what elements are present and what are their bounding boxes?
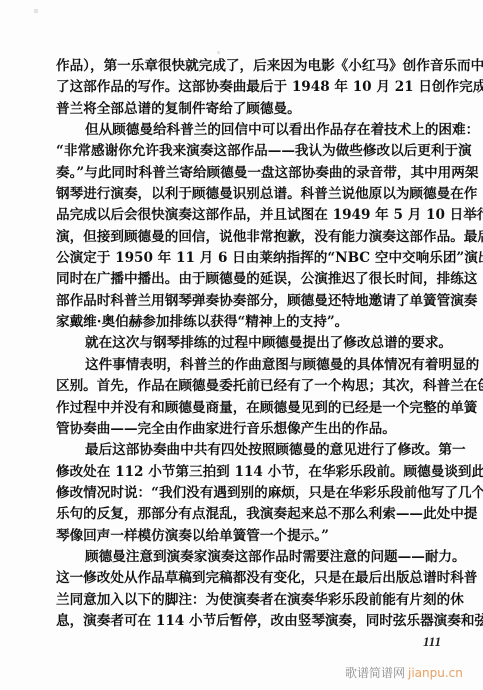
watermark: 歌谱简谱网jianpu.cn bbox=[345, 664, 463, 681]
text-line: 这一修改处从作品草稿到完稿都没有变化，只是在最后出版总谱时科普 bbox=[56, 568, 450, 589]
paragraph-start-line: 就在这次与钢琴排练的过程中顾德曼提出了修改总谱的要求。 bbox=[56, 333, 450, 354]
text-line: 演，但接到顾德曼的回信，说他非常抱歉，没有能力演奏这部作品。最后 bbox=[56, 227, 450, 248]
watermark-site-name: 歌谱简谱网 bbox=[345, 666, 405, 680]
text-line: 了这部作品的写作。这部协奏曲最后于 1948 年 10 月 21 日创作完成，科 bbox=[56, 77, 450, 98]
body-text: 作品），第一乐章很快就完成了，后来因为电影《小红马》创作音乐而中断 了这部作品的… bbox=[56, 56, 450, 632]
text-line: 公演定于 1950 年 11 月 6 日由莱纳指挥的“NBC 空中交响乐团”演出… bbox=[56, 248, 450, 269]
text-line: 部作品时科普兰用钢琴弹奏协奏部分，顾德曼还特地邀请了单簧管演奏 bbox=[56, 291, 450, 312]
text-line: 乐句的反复，那部分有点混乱，我演奏起来总不那么利索——此处中提 bbox=[56, 504, 450, 525]
text-line: 修改处在 112 小节第三拍到 114 小节，在华彩乐段前。顾德曼谈到此处 bbox=[56, 462, 450, 483]
scan-noise bbox=[217, 51, 220, 54]
paragraph-start-line: 最后这部协奏曲中共有四处按照顾德曼的意见进行了修改。第一 bbox=[56, 440, 450, 461]
text-line: 兰同意加入以下的脚注：为使演奏者在演奏华彩乐段前能有片刻的休 bbox=[56, 590, 450, 611]
text-line: 修改情况时说：“我们没有遇到别的麻烦，只是在华彩乐段前他写了几个 bbox=[56, 483, 450, 504]
text-line: “非常感谢你允许我来演奏这部作品——我认为做些修改以后更利于演 bbox=[56, 141, 450, 162]
text-line: 区别。首先，作品在顾德曼委托前已经有了一个构思；其次，科普兰在创 bbox=[56, 376, 450, 397]
paragraph-start-line: 顾德曼注意到演奏家演奏这部作品时需要注意的问题——耐力。 bbox=[56, 547, 450, 568]
text-line: 奏。”与此同时科普兰寄给顾德曼一盘这部协奏曲的录音带，其中用两架 bbox=[56, 163, 450, 184]
text-line: 作品），第一乐章很快就完成了，后来因为电影《小红马》创作音乐而中断 bbox=[56, 56, 450, 77]
text-line: 同时在广播中播出。由于顾德曼的延误，公演推迟了很长时间，排练这 bbox=[56, 269, 450, 290]
text-line: 家戴维·奥伯赫参加排练以获得“精神上的支持”。 bbox=[56, 312, 450, 333]
paragraph-start-line: 这件事情表明，科普兰的作曲意图与顾德曼的具体情况有着明显的 bbox=[56, 355, 450, 376]
paragraph-start-line: 但从顾德曼给科普兰的回信中可以看出作品存在着技术上的困难： bbox=[56, 120, 450, 141]
text-line: 作过程中并没有和顾德曼商量，在顾德曼见到的已经是一个完整的单簧 bbox=[56, 398, 450, 419]
text-line: 琴像回声一样模仿演奏以给单簧管一个提示。” bbox=[56, 526, 450, 547]
text-line: 息，演奏者可在 114 小节后暂停，改由竖琴演奏，同时弦乐器演奏和弦，也 bbox=[56, 611, 450, 632]
page-number: 111 bbox=[423, 634, 441, 650]
text-line: 钢琴进行演奏，以利于顾德曼识别总谱。科普兰说他原以为顾德曼在作 bbox=[56, 184, 450, 205]
text-line: 品完成以后会很快演奏这部作品，并且试图在 1949 年 5 月 10 日举行首 bbox=[56, 205, 450, 226]
text-line: 普兰将全部总谱的复制件寄给了顾德曼。 bbox=[56, 99, 450, 120]
document-page: 作品），第一乐章很快就完成了，后来因为电影《小红马》创作音乐而中断 了这部作品的… bbox=[0, 0, 483, 690]
watermark-url: jianpu.cn bbox=[408, 666, 463, 680]
scan-noise bbox=[34, 9, 38, 13]
text-line: 管协奏曲——完全由作曲家进行音乐想像产生出的作品。 bbox=[56, 419, 450, 440]
